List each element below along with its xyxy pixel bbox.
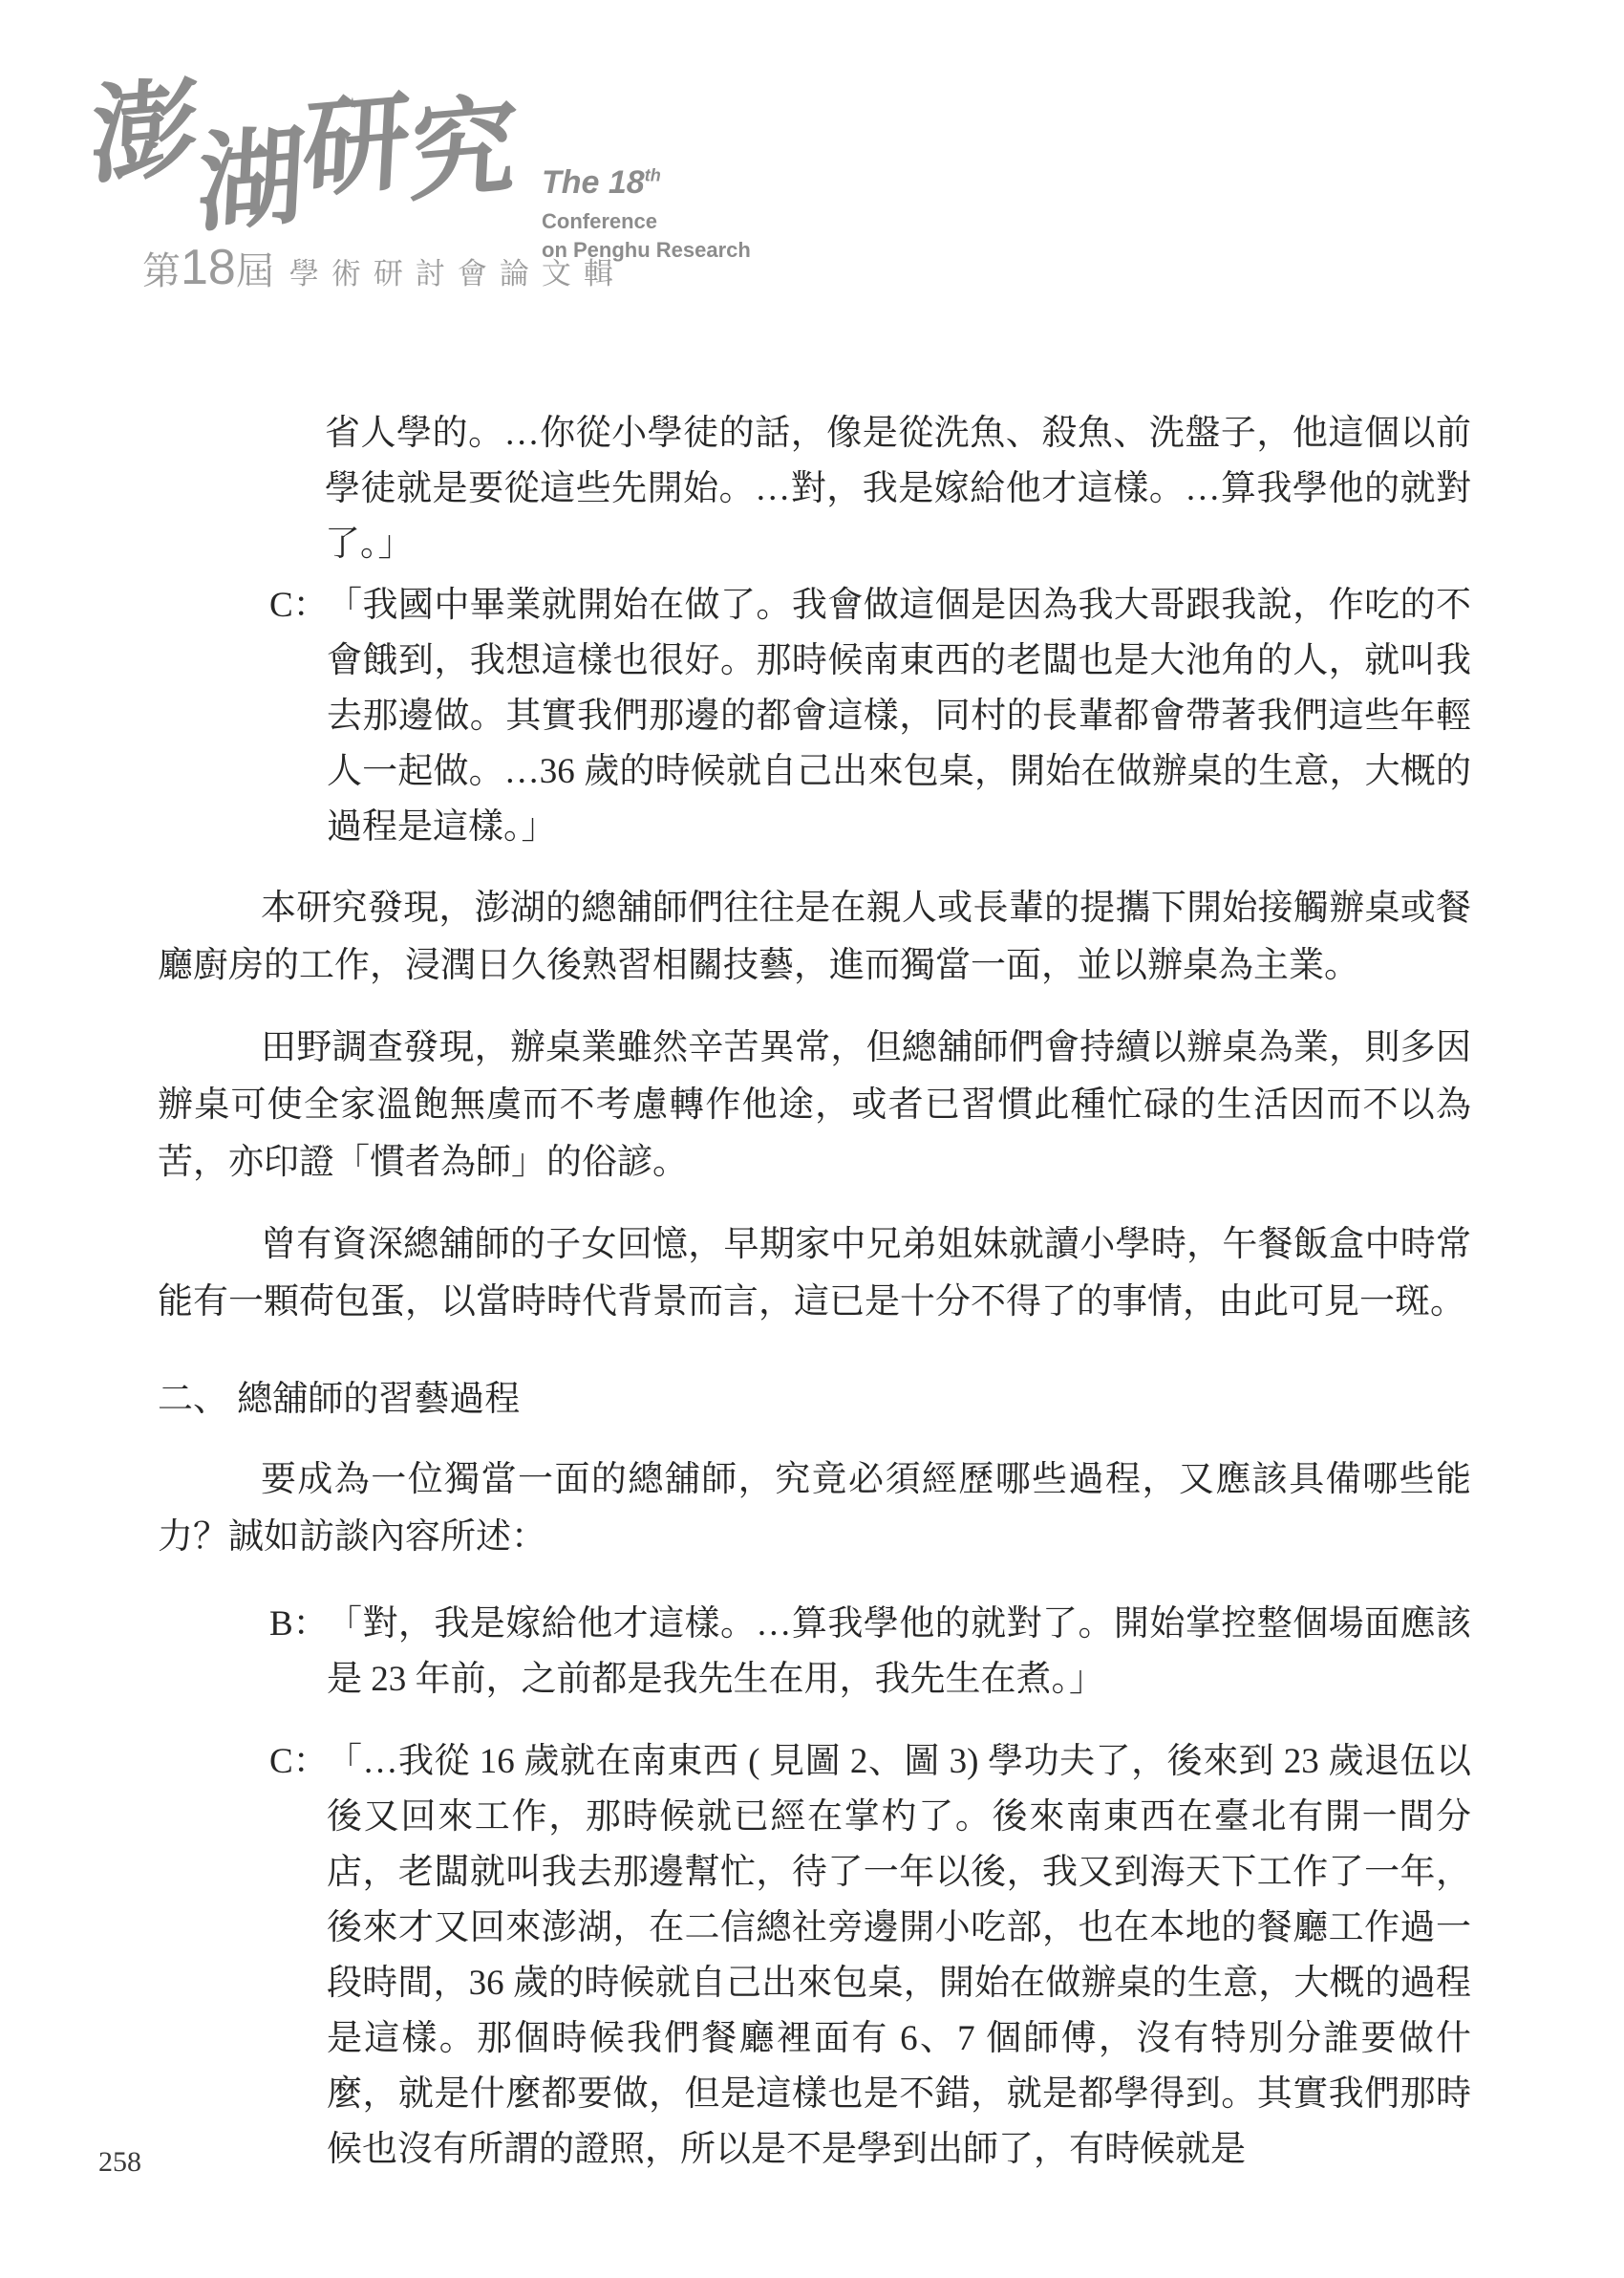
logo-brand-char: 研 [300, 89, 412, 206]
quote-text: 「我國中畢業就開始在做了。我會做這個是因為我大哥跟我說，作吃的不會餓到，我想這樣… [327, 578, 1471, 855]
paragraph-3: 曾有資深總舖師的子女回憶，早期家中兄弟姐妹就讀小學時，午餐飯盒中時常能有一顆荷包… [158, 1216, 1471, 1331]
logo-edition-zh: 第 18 屆 學術研討會論文輯 [142, 239, 626, 296]
paragraph-1: 本研究發現，澎湖的總舖師們往往是在親人或長輩的提攜下開始接觸辦桌或餐廳廚房的工作… [158, 880, 1471, 995]
logo-edition-en: The 18th [542, 164, 751, 202]
edition-number: 18 [181, 239, 236, 296]
logo-brand-char: 澎 [88, 75, 200, 193]
quote-block-c1: C： 「我國中畢業就開始在做了。我會做這個是因為我大哥跟我說，作吃的不會餓到，我… [269, 578, 1471, 855]
proceedings-subtitle: 學術研討會論文輯 [289, 249, 626, 292]
quote-continuation: 省人學的。…你從小學徒的話，像是從洗魚、殺魚、洗盤子，他這個以前學徒就是要從這些… [325, 406, 1471, 572]
page-number: 258 [98, 2146, 141, 2179]
quote-speaker-label: C： [269, 578, 327, 855]
logo-edition-ordinal: th [645, 166, 661, 185]
quote-block-c2: C： 「…我從 16 歲就在南東西 ( 見圖 2、圖 3) 學功夫了，後來到 2… [269, 1734, 1471, 2178]
quote-text: 「對，我是嫁給他才這樣。…算我學他的就對了。開始掌控整個場面應該是 23 年前，… [327, 1597, 1471, 1708]
quote-speaker-label: C： [269, 1734, 327, 2178]
edition-suffix: 屆 [236, 241, 274, 295]
paragraph-2: 田野調查發現，辦桌業雖然辛苦異常，但總舖師們會持續以辦桌為業，則多因辦桌可使全家… [158, 1020, 1471, 1192]
logo-brand-char: 究 [407, 93, 519, 210]
section-heading: 二、 總舖師的習藝過程 [158, 1371, 1471, 1429]
logo-conference-word: Conference [542, 209, 751, 234]
logo-brand-char: 湖 [195, 123, 307, 241]
quote-block-b: B： 「對，我是嫁給他才這樣。…算我學他的就對了。開始掌控整個場面應該是 23 … [269, 1597, 1471, 1708]
edition-prefix: 第 [142, 241, 181, 295]
page-body: 省人學的。…你從小學徒的話，像是從洗魚、殺魚、洗盤子，他這個以前學徒就是要從這些… [158, 406, 1471, 2178]
paragraph-4: 要成為一位獨當一面的總舖師，究竟必須經歷哪些過程，又應該具備哪些能力？誠如訪談內… [158, 1451, 1471, 1566]
quote-text: 「…我從 16 歲就在南東西 ( 見圖 2、圖 3) 學功夫了，後來到 23 歲… [327, 1734, 1471, 2178]
quote-speaker-label: B： [269, 1597, 327, 1708]
penghu-research-logo: 澎 湖 研 究 The 18th Conference on Penghu Re… [91, 69, 951, 298]
